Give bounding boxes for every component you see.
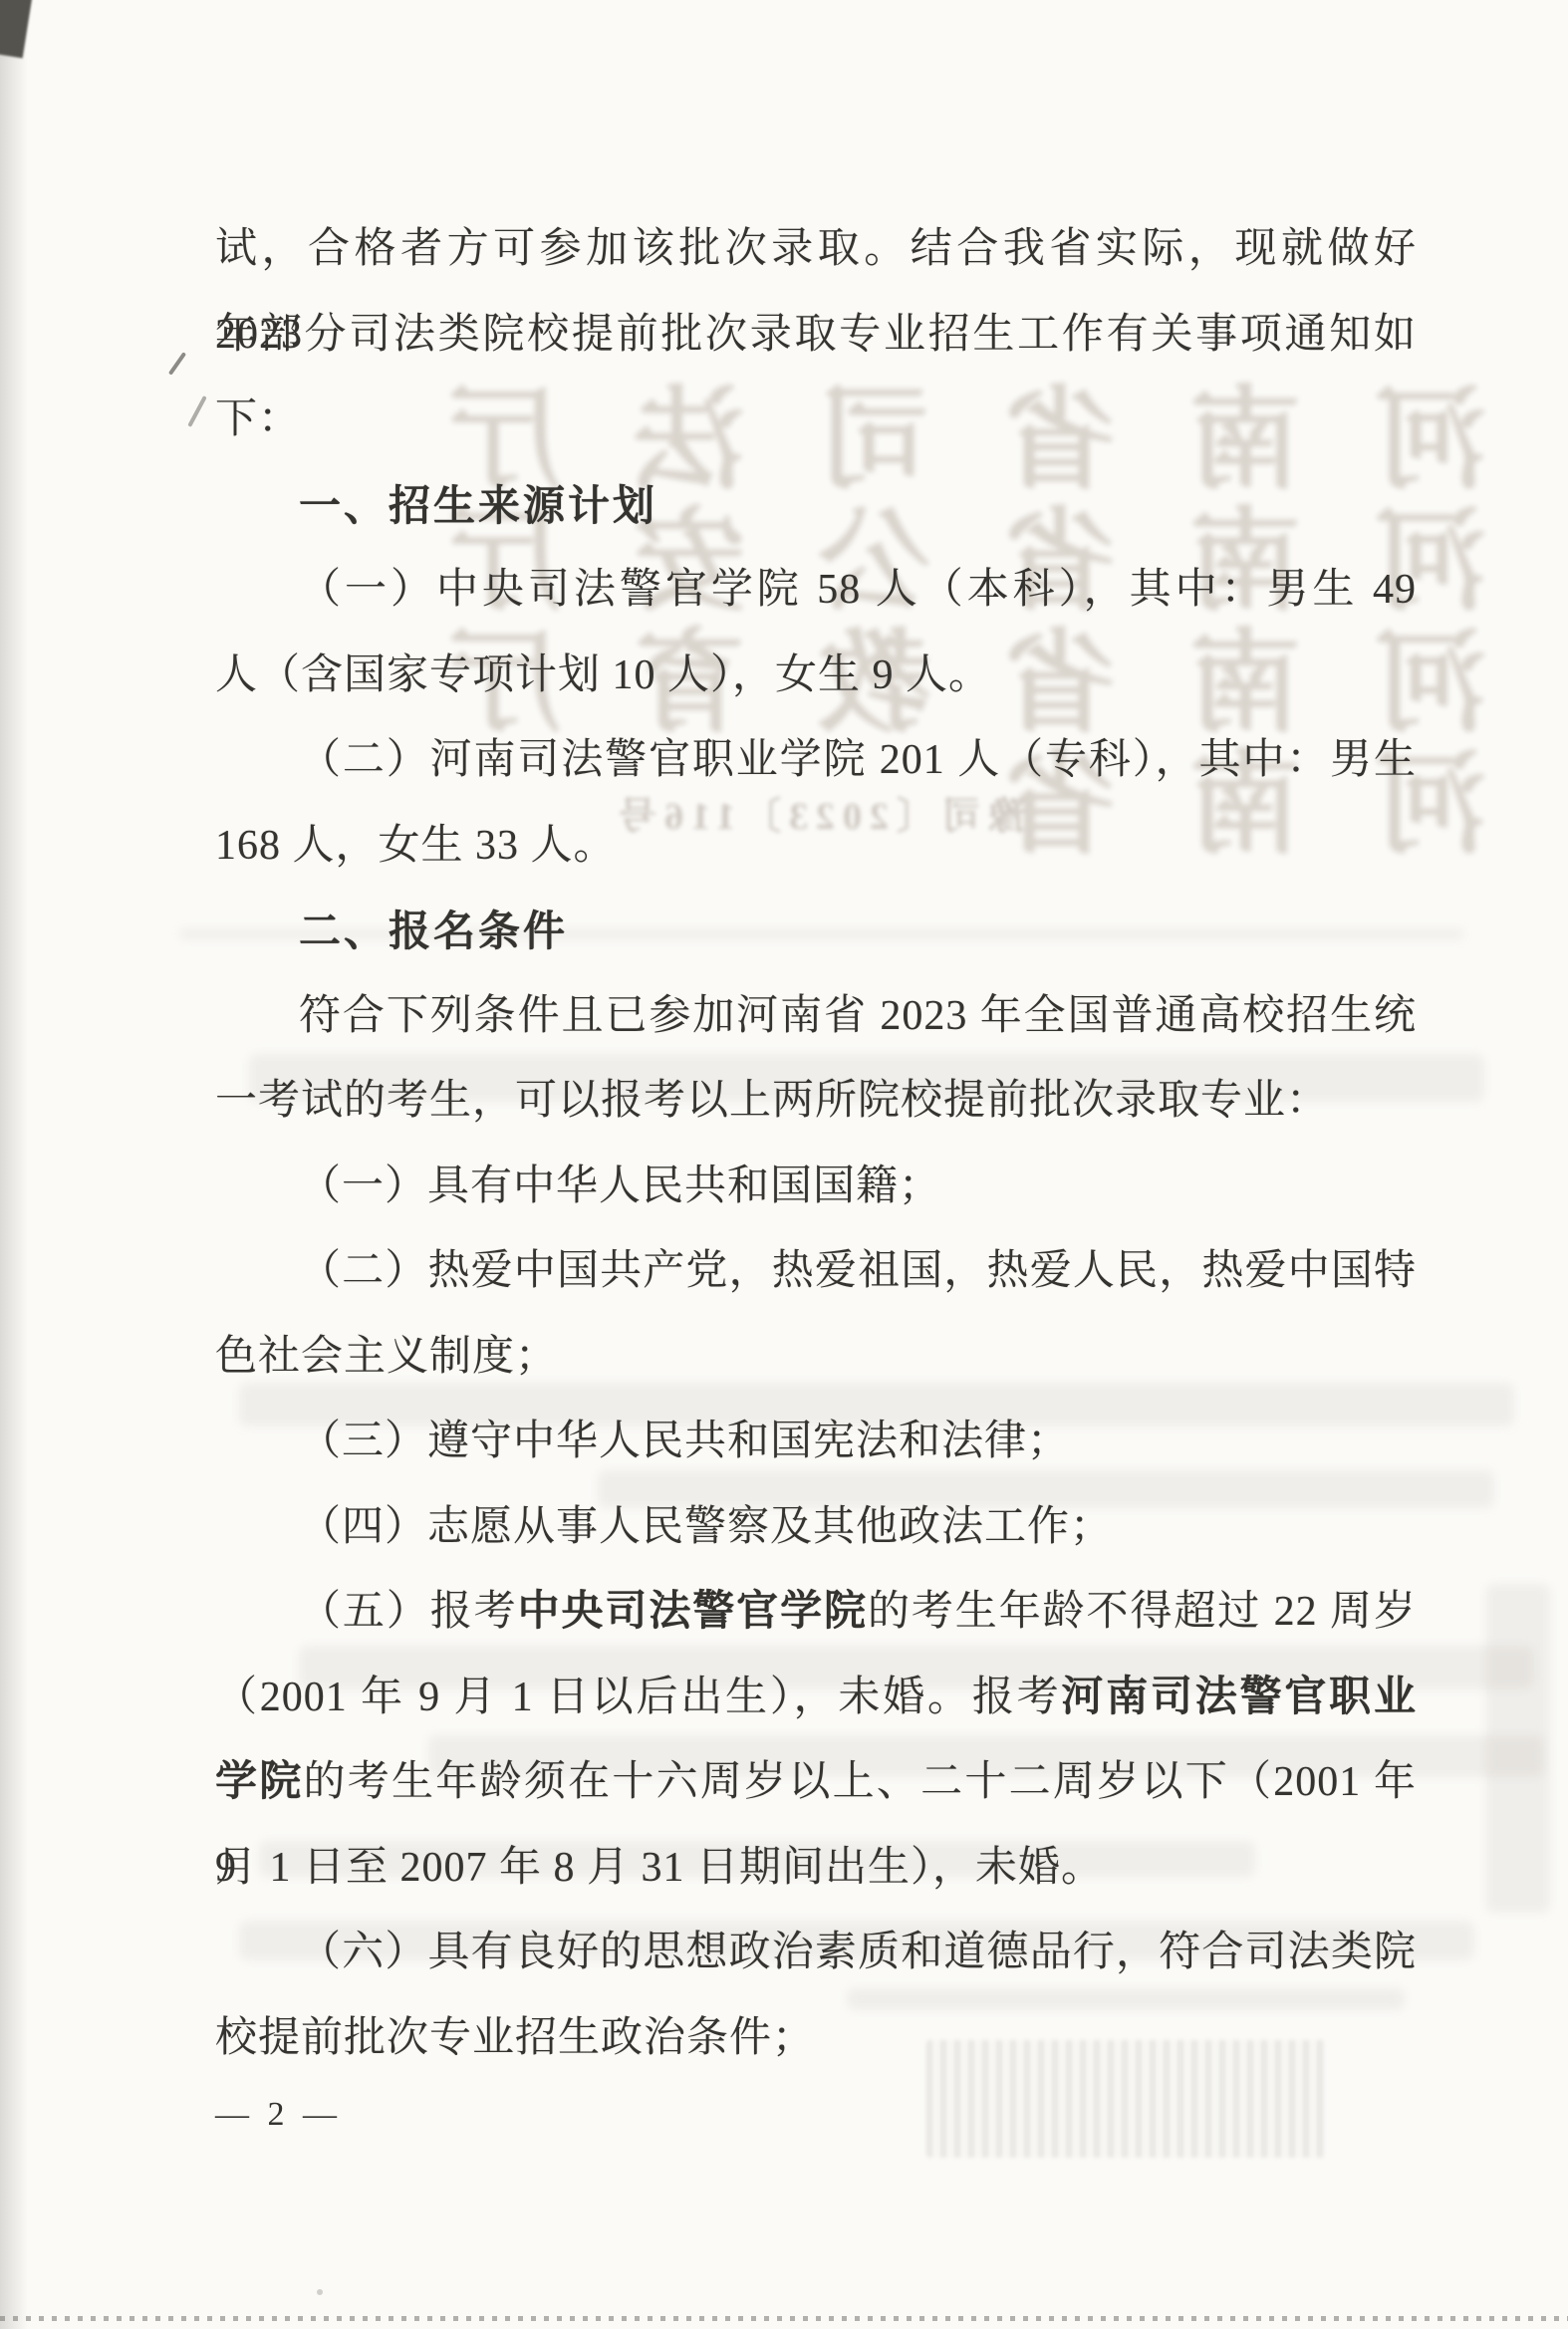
document-body: 试，合格者方可参加该批次录取。结合我省实际，现就做好 2023 年部分司法类院校… <box>215 207 1417 2141</box>
body-line: 人（含国家专项计划 10 人），女生 9 人。 <box>215 634 1417 719</box>
body-line: 符合下列条件且已参加河南省 2023 年全国普通高校招生统 <box>215 974 1417 1060</box>
body-line: （五）报考中央司法警官学院的考生年龄不得超过 22 周岁 <box>215 1570 1417 1656</box>
body-line: 校提前批次专业招生政治条件； <box>215 1996 1417 2082</box>
body-line: 年部分司法类院校提前批次录取专业招生工作有关事项通知如 <box>215 293 1417 379</box>
scanner-edge-shadow <box>0 0 28 2329</box>
page-number: — 2 — <box>215 2089 1417 2141</box>
pen-tick-mark <box>168 352 186 376</box>
pen-tick-mark <box>187 395 206 427</box>
section-heading-1: 一、招生来源计划 <box>215 463 1417 549</box>
body-line: （一）中央司法警官学院 58 人（本科），其中：男生 49 <box>215 548 1417 634</box>
body-line: 试，合格者方可参加该批次录取。结合我省实际，现就做好 2023 <box>215 207 1417 293</box>
body-line: （一）具有中华人民共和国国籍； <box>215 1145 1417 1230</box>
body-line: （六）具有良好的思想政治素质和道德品行，符合司法类院 <box>215 1911 1417 1996</box>
body-line: 168 人，女生 33 人。 <box>215 804 1417 890</box>
body-line: 下： <box>215 378 1417 463</box>
body-line: 一考试的考生，可以报考以上两所院校提前批次录取专业： <box>215 1059 1417 1145</box>
body-line: 月 1 日至 2007 年 8 月 31 日期间出生），未婚。 <box>215 1826 1417 1912</box>
body-line: （三）遵守中华人民共和国宪法和法律； <box>215 1400 1417 1485</box>
scan-bottom-edge <box>0 2316 1568 2321</box>
section-heading-2: 二、报名条件 <box>215 889 1417 974</box>
body-line: 色社会主义制度； <box>215 1315 1417 1401</box>
scan-smudge <box>1486 1584 1550 1913</box>
body-line: （二）河南司法警官职业学院 201 人（专科），其中：男生 <box>215 718 1417 804</box>
body-line: （二）热爱中国共产党，热爱祖国，热爱人民，热爱中国特 <box>215 1229 1417 1315</box>
body-line: 学院的考生年龄须在十六周岁以上、二十二周岁以下（2001 年 9 <box>215 1740 1417 1826</box>
body-line: （四）志愿从事人民警察及其他政法工作； <box>215 1485 1417 1571</box>
scan-speck <box>317 2289 323 2295</box>
body-line: （2001 年 9 月 1 日以后出生），未婚。报考河南司法警官职业 <box>215 1656 1417 1741</box>
scanned-page: 河南省司法厅 河南省公安厅 河南省教育厅 河南省 豫司〔2023〕116号 试，… <box>0 0 1568 2329</box>
